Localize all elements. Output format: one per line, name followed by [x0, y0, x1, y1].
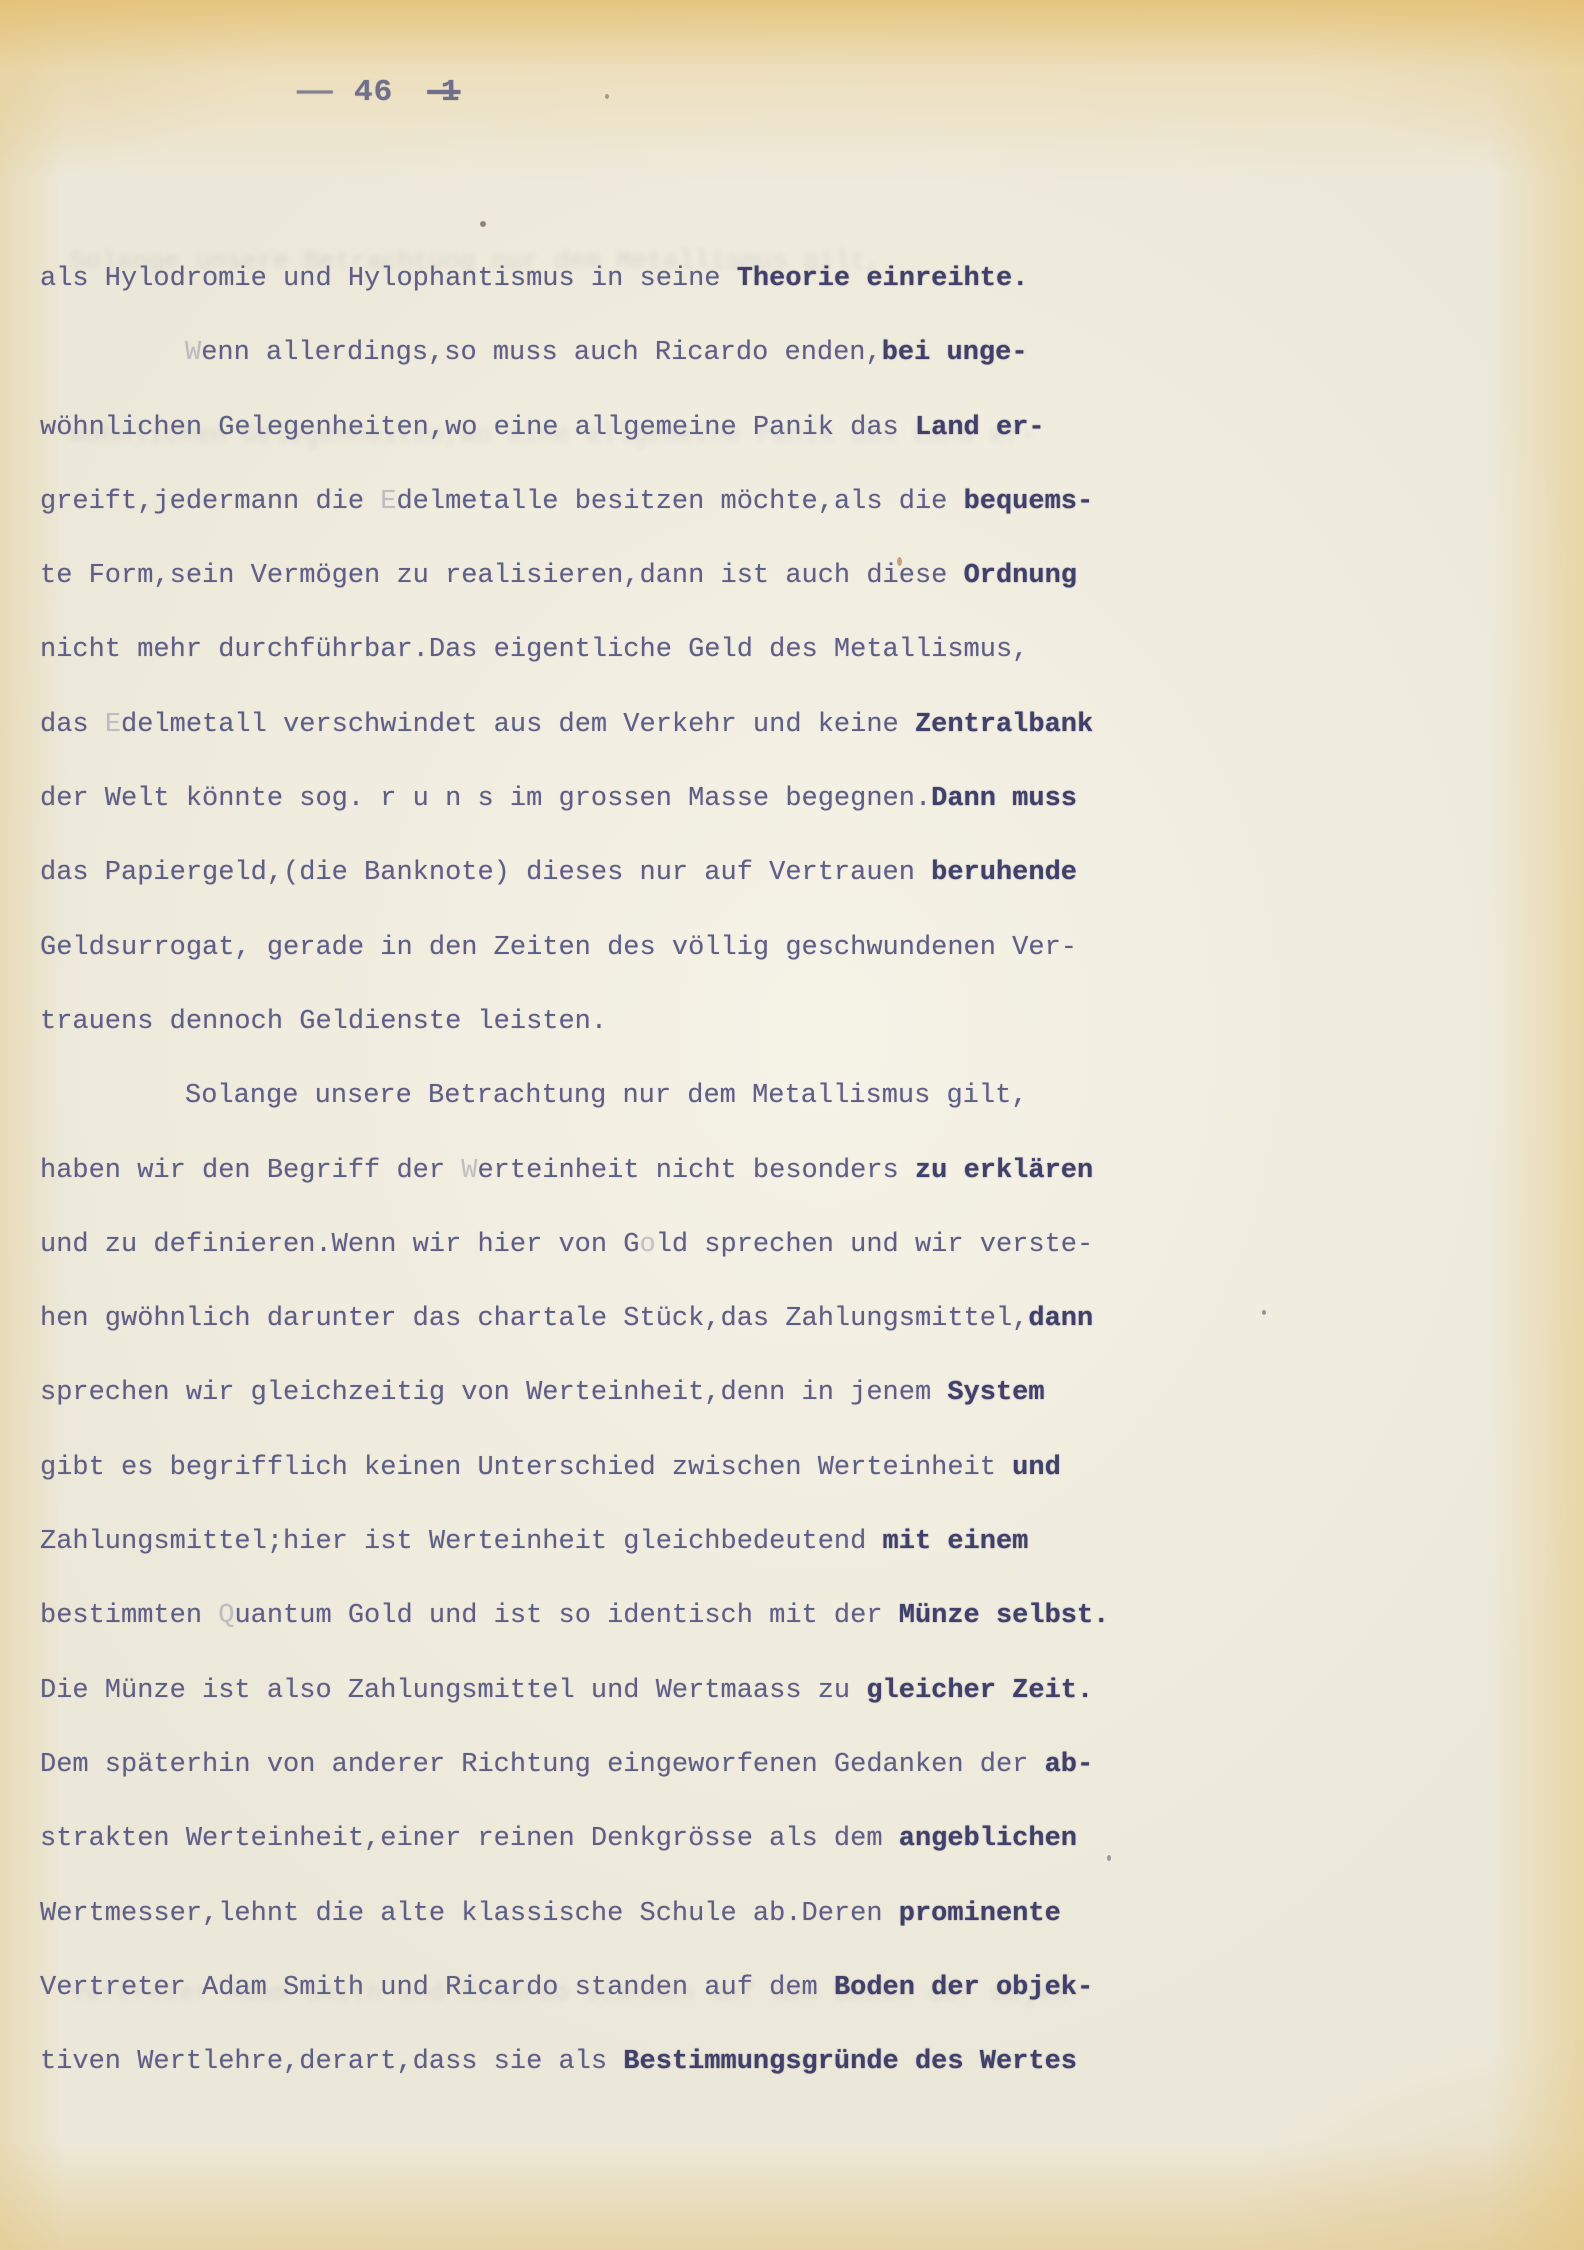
text-segment: hen gwöhnlich darunter das chartale Stüc… [40, 1304, 1028, 1334]
text-segment: tiven Wertlehre,derart,dass sie als [40, 2047, 623, 2077]
ink-stain [605, 94, 609, 99]
text-segment: als Hylodromie und Hylophantismus in sei… [40, 264, 737, 294]
text-segment: te Form,sein Vermögen zu realisieren,dan… [40, 561, 964, 591]
text-line-20: Die Münze ist also Zahlungsmittel und We… [40, 1676, 1220, 1750]
text-segment: E [105, 710, 121, 740]
text-segment-emphasized: Bestimmungsgründe des Wertes [623, 2047, 1077, 2077]
page-number-dash: — [298, 75, 335, 110]
text-segment-emphasized: Dann muss [931, 784, 1077, 814]
text-line-11: trauens dennoch Geldienste leisten. [40, 1007, 1220, 1081]
text-segment: Vertreter Adam Smith und Ricardo standen… [40, 1973, 834, 2003]
text-line-7: das Edelmetall verschwindet aus dem Verk… [40, 710, 1220, 784]
text-segment: sprechen wir gleichzeitig von Werteinhei… [40, 1378, 947, 1408]
text-segment: delmetall verschwindet aus dem Verkehr u… [121, 710, 915, 740]
ink-stain [480, 221, 486, 227]
text-segment-emphasized: Zentralbank [915, 710, 1093, 740]
text-segment: strakten Werteinheit,einer reinen Denkgr… [40, 1824, 899, 1854]
text-segment-emphasized: angeblichen [899, 1824, 1077, 1854]
text-segment-emphasized: prominente [899, 1899, 1061, 1929]
text-segment-emphasized: Ordnung [964, 561, 1077, 591]
text-segment-emphasized: gleicher Zeit. [866, 1676, 1093, 1706]
text-segment: erteinheit nicht besonders [477, 1156, 914, 1186]
text-line-5: te Form,sein Vermögen zu realisieren,dan… [40, 561, 1220, 635]
text-segment-emphasized: Boden der objek- [834, 1973, 1093, 2003]
page-number: —461 [228, 40, 460, 145]
text-segment-emphasized: System [947, 1378, 1044, 1408]
text-segment: wöhnlichen Gelegenheiten,wo eine allgeme… [40, 413, 915, 443]
text-segment: uantum Gold und ist so identisch mit der [234, 1601, 898, 1631]
text-line-14: und zu definieren.Wenn wir hier von Gold… [40, 1230, 1220, 1304]
text-line-15: hen gwöhnlich darunter das chartale Stüc… [40, 1304, 1220, 1378]
text-segment: E [380, 487, 396, 517]
text-line-25: tiven Wertlehre,derart,dass sie als Best… [40, 2047, 1220, 2121]
ink-stain [1262, 1310, 1266, 1315]
text-segment: das [40, 710, 105, 740]
text-segment: delmetalle besitzen möchte,als die [396, 487, 963, 517]
text-segment: der Welt könnte sog. r u n s im grossen … [40, 784, 931, 814]
text-line-2: Wenn allerdings,so muss auch Ricardo end… [40, 338, 1220, 412]
text-segment: trauens dennoch Geldienste leisten. [40, 1007, 607, 1037]
text-segment: Geldsurrogat, gerade in den Zeiten des v… [40, 933, 1077, 963]
text-segment: bestimmten [40, 1601, 218, 1631]
text-line-6: nicht mehr durchführbar.Das eigentliche … [40, 635, 1220, 709]
text-segment: Solange unsere Betrachtung nur dem Metal… [185, 1081, 1028, 1111]
text-segment: Dem späterhin von anderer Richtung einge… [40, 1750, 1045, 1780]
text-line-23: Wertmesser,lehnt die alte klassische Sch… [40, 1899, 1220, 1973]
ink-stain [1107, 1855, 1111, 1861]
text-segment-emphasized: bei unge- [882, 338, 1028, 368]
text-segment: gibt es begrifflich keinen Unterschied z… [40, 1453, 1012, 1483]
typewritten-text: als Hylodromie und Hylophantismus in sei… [40, 264, 1220, 2121]
text-line-19: bestimmten Quantum Gold und ist so ident… [40, 1601, 1220, 1675]
text-line-4: greift,jedermann die Edelmetalle besitze… [40, 487, 1220, 561]
text-segment-emphasized: Land er- [915, 413, 1045, 443]
text-segment-emphasized: beruhende [931, 858, 1077, 888]
text-line-12: Solange unsere Betrachtung nur dem Metal… [40, 1081, 1220, 1155]
text-line-13: haben wir den Begriff der Werteinheit ni… [40, 1156, 1220, 1230]
page-number-struck-digit: 1 [427, 75, 460, 110]
text-line-17: gibt es begrifflich keinen Unterschied z… [40, 1453, 1220, 1527]
ink-stain [897, 557, 902, 566]
text-line-3: wöhnlichen Gelegenheiten,wo eine allgeme… [40, 413, 1220, 487]
text-line-10: Geldsurrogat, gerade in den Zeiten des v… [40, 933, 1220, 1007]
text-segment: W [185, 338, 201, 368]
text-segment: enn allerdings,so muss auch Ricardo ende… [201, 338, 882, 368]
text-segment-emphasized: ab- [1045, 1750, 1094, 1780]
text-segment: Q [218, 1601, 234, 1631]
text-line-9: das Papiergeld,(die Banknote) dieses nur… [40, 858, 1220, 932]
text-line-24: Vertreter Adam Smith und Ricardo standen… [40, 1973, 1220, 2047]
text-line-8: der Welt könnte sog. r u n s im grossen … [40, 784, 1220, 858]
text-segment-emphasized: bequems- [964, 487, 1094, 517]
text-segment: haben wir den Begriff der [40, 1156, 461, 1186]
page-number-value: 46 [354, 75, 393, 110]
text-segment-emphasized: zu erklären [915, 1156, 1093, 1186]
text-segment-emphasized: Theorie einreihte. [737, 264, 1029, 294]
text-segment: Zahlungsmittel;hier ist Werteinheit glei… [40, 1527, 883, 1557]
text-segment-emphasized: Münze selbst. [899, 1601, 1110, 1631]
text-line-1: als Hylodromie und Hylophantismus in sei… [40, 264, 1220, 338]
text-segment: Die Münze ist also Zahlungsmittel und We… [40, 1676, 866, 1706]
text-segment-emphasized: mit einem [883, 1527, 1029, 1557]
text-segment-emphasized: und [1012, 1453, 1061, 1483]
text-line-22: strakten Werteinheit,einer reinen Denkgr… [40, 1824, 1220, 1898]
text-segment: o [640, 1230, 656, 1260]
text-line-18: Zahlungsmittel;hier ist Werteinheit glei… [40, 1527, 1220, 1601]
text-segment: das Papiergeld,(die Banknote) dieses nur… [40, 858, 931, 888]
text-segment-emphasized: dann [1028, 1304, 1093, 1334]
text-segment: greift,jedermann die [40, 487, 380, 517]
document-page: —461 Solange unsere Betrachtung nur dem … [0, 0, 1584, 2250]
text-line-16: sprechen wir gleichzeitig von Werteinhei… [40, 1378, 1220, 1452]
text-segment: nicht mehr durchführbar.Das eigentliche … [40, 635, 1028, 665]
text-segment: ld sprechen und wir verste- [656, 1230, 1093, 1260]
text-segment: und zu definieren.Wenn wir hier von G [40, 1230, 640, 1260]
text-segment: Wertmesser,lehnt die alte klassische Sch… [40, 1899, 899, 1929]
text-line-21: Dem späterhin von anderer Richtung einge… [40, 1750, 1220, 1824]
text-segment: W [461, 1156, 477, 1186]
